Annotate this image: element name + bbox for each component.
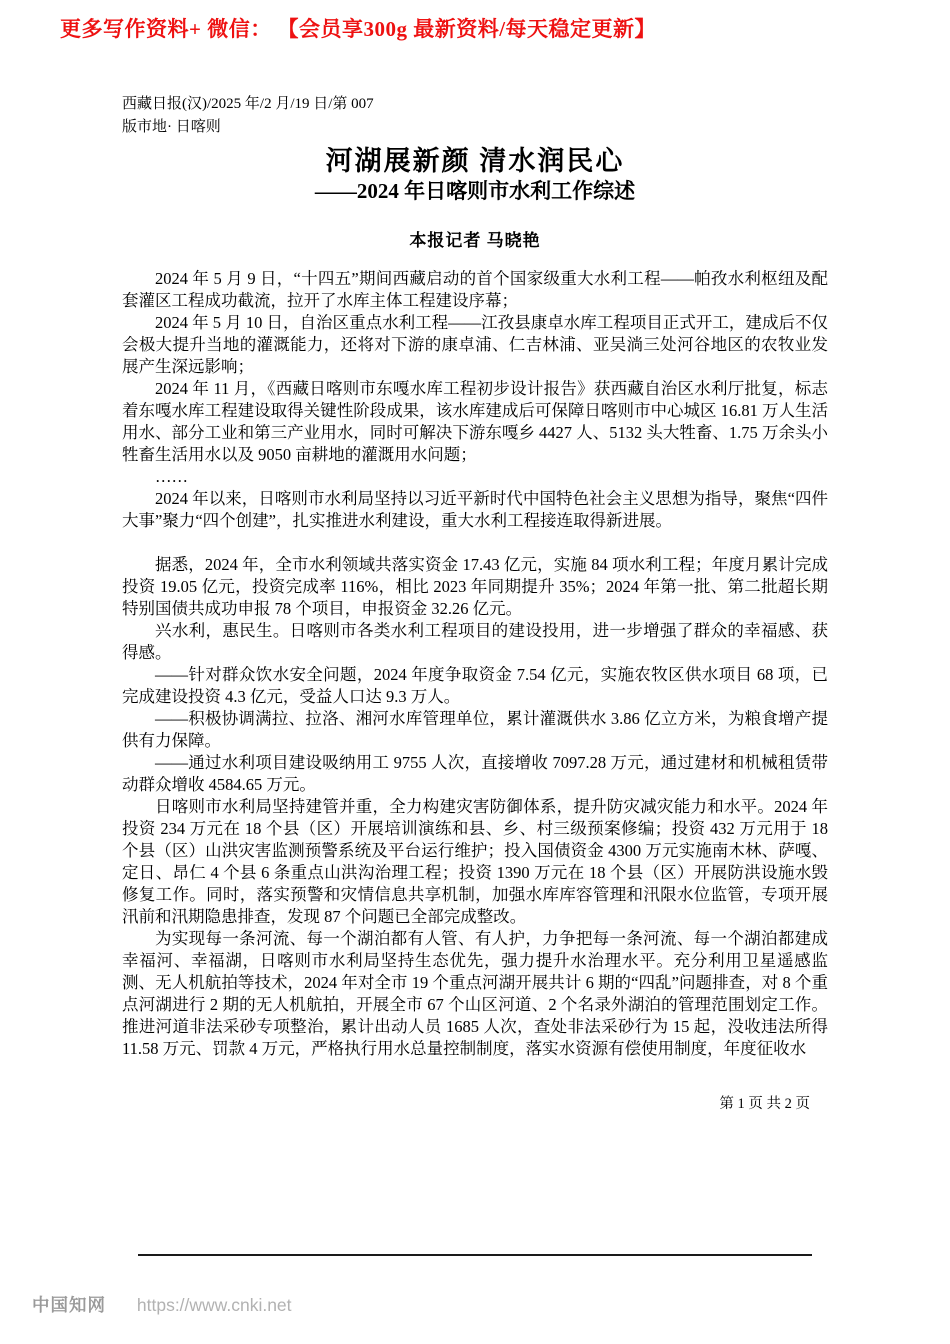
source-line: 西藏日报(汉)/2025 年/2 月/19 日/第 007: [122, 93, 828, 116]
cnki-brand-label: 中国知网: [32, 1295, 106, 1315]
article-paragraph: 兴水利，惠民生。日喀则市各类水利工程项目的建设投用，进一步增强了群众的幸福感、获…: [122, 620, 828, 664]
article-paragraph: 据悉，2024 年，全市水利领域共落实资金 17.43 亿元，实施 84 项水利…: [122, 554, 828, 620]
article-paragraph: 日喀则市水利局坚持建管并重，全力构建灾害防御体系，提升防灾减灾能力和水平。202…: [122, 796, 828, 928]
article-paragraph: 2024 年以来，日喀则市水利局坚持以习近平新时代中国特色社会主义思想为指导，聚…: [122, 488, 828, 532]
article-title: 河湖展新颜 清水润民心: [0, 145, 950, 177]
article-paragraph: 2024 年 5 月 10 日，自治区重点水利工程——江孜县康卓水库工程项目正式…: [122, 312, 828, 378]
article-byline: 本报记者 马晓艳: [0, 229, 950, 253]
article-header: 西藏日报(汉)/2025 年/2 月/19 日/第 007 版市地· 日喀则: [122, 93, 828, 139]
document-page: 更多写作资料+ 微信： 【会员享300g 最新资料/每天稳定更新】 西藏日报(汉…: [0, 0, 950, 1344]
promo-banner: 更多写作资料+ 微信： 【会员享300g 最新资料/每天稳定更新】: [0, 0, 950, 43]
edition-line: 版市地· 日喀则: [122, 116, 828, 139]
article-paragraph: 2024 年 5 月 9 日，“十四五”期间西藏启动的首个国家级重大水利工程——…: [122, 268, 828, 312]
article-body: 2024 年 5 月 9 日，“十四五”期间西藏启动的首个国家级重大水利工程——…: [122, 268, 828, 1060]
article-paragraph: 为实现每一条河流、每一个湖泊都有人管、有人护，力争把每一条河流、每一个湖泊都建成…: [122, 928, 828, 1060]
article-paragraph: 2024 年 11 月，《西藏日喀则市东嘎水库工程初步设计报告》获西藏自治区水利…: [122, 378, 828, 466]
page-indicator: 第 1 页 共 2 页: [719, 1095, 810, 1113]
cnki-url-link[interactable]: https://www.cnki.net: [137, 1295, 292, 1315]
article-paragraph: ——针对群众饮水安全问题，2024 年度争取资金 7.54 亿元，实施农牧区供水…: [122, 664, 828, 708]
article-paragraph: ——通过水利项目建设吸纳用工 9755 人次，直接增收 7097.28 万元，通…: [122, 752, 828, 796]
article-paragraph: ……: [122, 466, 828, 488]
article-subtitle: ——2024 年日喀则市水利工作综述: [0, 177, 950, 205]
page-divider-line: [138, 1254, 812, 1256]
article-paragraph: ——积极协调满拉、拉洛、湘河水库管理单位，累计灌溉供水 3.86 亿立方米，为粮…: [122, 708, 828, 752]
cnki-watermark: 中国知网 https://www.cnki.net: [32, 1293, 292, 1317]
